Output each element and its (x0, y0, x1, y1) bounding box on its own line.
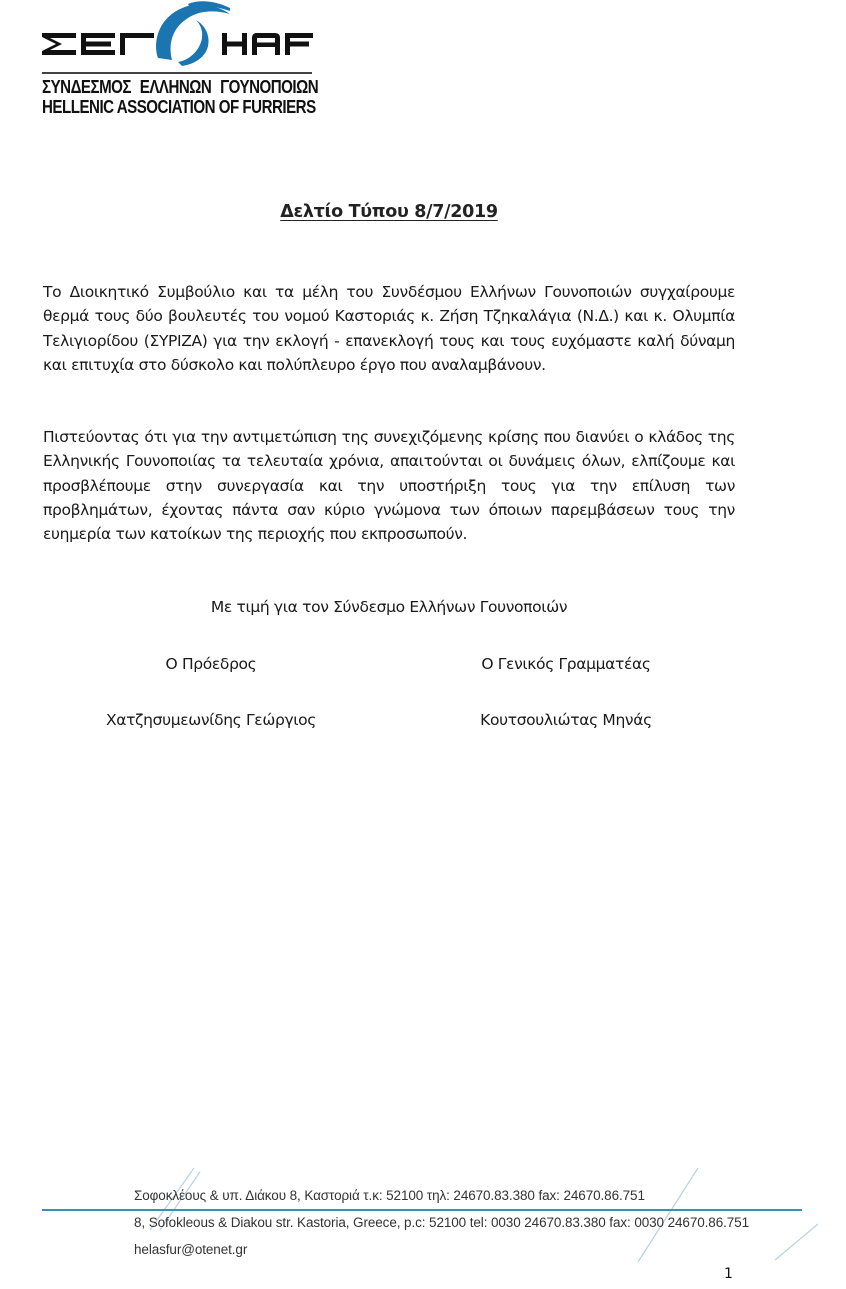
page-number: 1 (724, 1266, 733, 1282)
body-paragraph-1: Το Διοικητικό Συμβούλιο και τα μέλη του … (43, 280, 735, 377)
logo-divider (42, 72, 312, 74)
secretary-general-role: Ο Γενικός Γραμματέας (440, 655, 692, 673)
seg-haf-logo-mark (40, 0, 315, 70)
body-paragraph-2: Πιστεύοντας ότι για την αντιμετώπιση της… (43, 425, 735, 546)
footer-address-greek: Σοφοκλέους & υπ. Διάκου 8, Καστοριά τ.κ:… (134, 1188, 645, 1203)
footer-divider (42, 1209, 802, 1211)
association-logo: ΣΥΝΔΕΣΜΟΣ ΕΛΛΗΝΩΝ ΓΟΥΝΟΠΟΙΩΝ HELLENIC AS… (40, 0, 315, 122)
president-name: Χατζησυμεωνίδης Γεώργιος (80, 711, 342, 729)
footer-email[interactable]: helasfur@otenet.gr (134, 1242, 247, 1257)
logo-name-english: HELLENIC ASSOCIATION OF FURRIERS (42, 97, 270, 118)
closing-salutation: Με τιμή για τον Σύνδεσμο Ελλήνων Γουνοπο… (0, 598, 778, 616)
logo-name-greek: ΣΥΝΔΕΣΜΟΣ ΕΛΛΗΝΩΝ ΓΟΥΝΟΠΟΙΩΝ (42, 77, 270, 98)
president-role: Ο Πρόεδρος (80, 655, 342, 673)
press-release-title: Δελτίο Τύπου 8/7/2019 (0, 202, 778, 222)
footer-address-english: 8, Sofokleous & Diakou str. Kastoria, Gr… (134, 1215, 749, 1230)
secretary-general-name: Κουτσουλιώτας Μηνάς (440, 711, 692, 729)
